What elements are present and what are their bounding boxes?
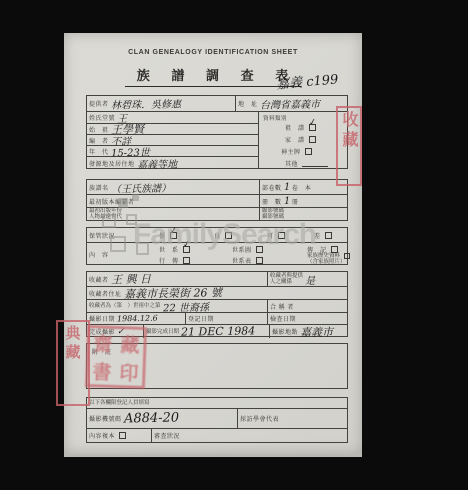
- keeper-cell: 收藏者 王 興 日: [87, 272, 267, 286]
- genealogy-detail-rows: 姓氏堂號 王 始 祖 王學賢 編 者 不詳 年 代 15-23世: [87, 112, 258, 168]
- books-label: 冊 數: [260, 197, 284, 206]
- photo-date-cell: 攝影日期 1984.12.6: [87, 313, 185, 324]
- books-value: 1: [283, 195, 290, 206]
- volumes-label: 部卷數: [260, 183, 284, 192]
- microfilm-scan-viewport: CLAN GENEALOGY IDENTIFICATION SHEET 族 譜 …: [0, 0, 468, 490]
- condition-poor-checkbox: [325, 232, 332, 239]
- era-label: 年 代: [87, 147, 111, 156]
- film-date-label: 攝影完成日期: [144, 329, 181, 335]
- photo-date-value: 1984.12.6: [117, 314, 158, 324]
- content-copy-checkbox: [119, 432, 126, 439]
- society-rep-label: 採訪學會代表: [238, 414, 281, 423]
- keeper-label: 收藏者: [87, 275, 111, 284]
- content-option-family-history: 家族歷史資料 （含家族照片）: [305, 253, 350, 265]
- co-compiler-cell: 合 稱 者: [267, 300, 347, 312]
- xingzhuan-checkbox: [183, 257, 190, 264]
- address-value: 台灣省嘉義市: [259, 95, 319, 111]
- address-cell: 地 址 台灣省嘉義市: [235, 96, 347, 111]
- register-date-cell: 登記日期: [185, 313, 267, 324]
- film-date-value: 21 DEC 1984: [181, 324, 255, 338]
- volumes-cell: 部卷數 1 卷 本: [259, 180, 347, 194]
- books-unit: 冊: [290, 197, 301, 206]
- content-copy-cell: 內容複本: [87, 429, 151, 442]
- jiapu-checkbox: [309, 136, 316, 143]
- category-option-jiapu: 家 譜: [283, 135, 316, 144]
- keeper-address-cell: 收藏者住址 嘉義市長榮街 26 號: [87, 287, 347, 299]
- keeper-address-label: 收藏者住址: [87, 289, 124, 298]
- shixibiao-checkbox: [256, 257, 263, 264]
- family-history-note: （含家族照片）: [305, 259, 350, 265]
- editor-label: 編 者: [87, 136, 111, 145]
- ancestor-label: 始 祖: [87, 125, 111, 134]
- other-blank-line: [302, 160, 328, 167]
- generation-label: 收藏者為（第 ）世祖中之第: [87, 303, 163, 309]
- content-option-shixibiao: 世系表: [230, 256, 263, 265]
- zhuanji-checkbox: [331, 246, 338, 253]
- material-category-cell: 資料類別 祖 譜 ✓ 家 譜 神主牌 其他: [258, 112, 347, 168]
- address-label: 地 址: [236, 99, 260, 108]
- category-option-zupu: 祖 譜 ✓: [283, 123, 316, 132]
- handwritten-page-code: 嘉義 c199: [275, 68, 339, 92]
- review-status-cell: 審查狀況: [151, 429, 347, 442]
- society-rep-cell: 採訪學會代表: [237, 409, 347, 428]
- category-header: 資料類別: [261, 114, 289, 122]
- review-status-label: 審查狀況: [152, 431, 182, 440]
- camera-number-label: 攝影機號碼: [87, 414, 124, 423]
- section-provider-table: 提供者 林碧珠．吳修惠 地 址 台灣省嘉義市 姓氏堂號 王 始 祖 王學賢: [86, 95, 348, 169]
- books-cell: 冊 數 1 冊: [259, 195, 347, 207]
- origin-value: 嘉義等地: [136, 155, 176, 171]
- relation-label2: 人之關係: [268, 279, 305, 285]
- zupu-checkbox: ✓: [309, 124, 316, 131]
- co-compiler-label: 合 稱 者: [268, 302, 296, 311]
- section-registration-table: 以下各欄限登記人員填寫 攝影機號碼 A884-20 採訪學會代表 內容複本: [86, 397, 348, 443]
- shenzhupai-checkbox: [305, 148, 312, 155]
- check-date-label: 檢查日期: [268, 314, 298, 323]
- content-copy-label: 內容複本: [87, 431, 117, 440]
- familysearch-watermark-text: FamilySearch: [133, 218, 316, 252]
- film-place-cell: 攝影地點 嘉義市: [269, 325, 347, 338]
- film-date-cell: 攝影完成日期 21 DEC 1984: [143, 325, 269, 338]
- english-sheet-title: CLAN GENEALOGY IDENTIFICATION SHEET: [64, 49, 362, 56]
- registration-header: 以下各欄限登記人員填寫: [87, 400, 152, 406]
- origin-label: 發源地及居住地: [87, 159, 137, 168]
- generation-cell: 收藏者為（第 ）世祖中之第 22 世裔孫: [87, 300, 267, 312]
- volumes-unit: 卷 本: [290, 183, 314, 192]
- check-date-cell: 檢查日期: [267, 313, 347, 324]
- category-option-shenzhupai: 神主牌: [279, 147, 312, 156]
- register-date-label: 登記日期: [186, 314, 216, 323]
- film-place-label: 攝影地點: [270, 327, 300, 336]
- category-option-other: 其他: [283, 159, 328, 168]
- family-history-checkbox: [344, 253, 350, 259]
- right-edge-red-seal-stamp: 收藏: [336, 106, 362, 186]
- camera-number-cell: 攝影機號碼 A884-20: [87, 409, 237, 428]
- film-place-value: 嘉義市: [300, 323, 333, 340]
- era-row: 年 代 15-23世: [87, 145, 258, 156]
- photo-date-label: 攝影日期: [87, 314, 117, 323]
- volumes-value: 1: [283, 181, 290, 192]
- relation-value: 是: [305, 271, 315, 286]
- square-red-seal-stamp: 齋 藏 書 印: [85, 325, 147, 389]
- provider-label: 提供者: [87, 99, 111, 108]
- relation-cell: 收藏者與提供 人之關係 是: [267, 272, 347, 286]
- camera-number-value: A884-20: [123, 411, 178, 427]
- provider-cell: 提供者 林碧珠．吳修惠: [87, 96, 235, 111]
